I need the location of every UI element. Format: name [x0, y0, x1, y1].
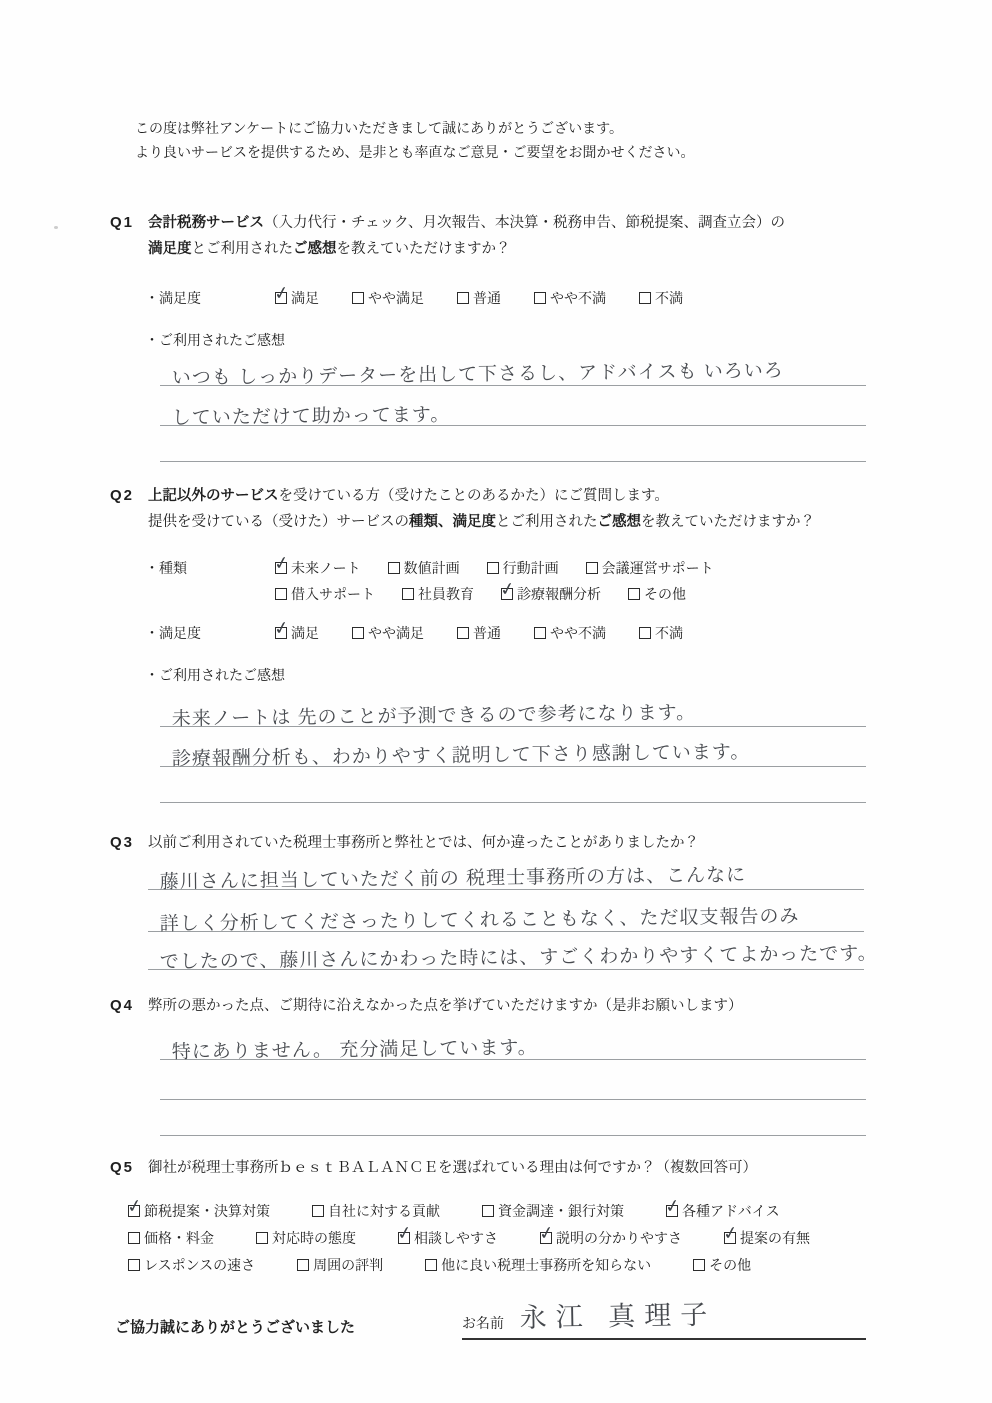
q2-opt-shain-kyouiku: 社員教育	[402, 584, 474, 604]
q1-title-rest: （入力代行・チェック、月次報告、本決算・税務申告、節税提案、調査立会）の	[264, 215, 785, 231]
checkbox	[297, 1259, 309, 1271]
q2-opt-futsuu: 普通	[457, 623, 501, 643]
question-2-title: 上記以外のサービスを受けている方（受けたことのあるかた）にご質問します。 提供を…	[148, 483, 920, 535]
question-5-number: Q5	[110, 1155, 148, 1181]
checkbox	[586, 562, 598, 574]
q2-opt-manzoku: 満足	[275, 623, 319, 643]
q5-opt-taiou-taido: 対応時の態度	[256, 1228, 356, 1248]
checkbox	[693, 1259, 705, 1271]
checkbox	[628, 588, 640, 600]
handwritten-text: 診療報酬分析も、わかりやすく説明して下さり感謝しています。	[172, 737, 751, 771]
q2-type-row-1: ・種類 未来ノート 数値計画 行動計画 会議運営サポート	[110, 555, 920, 581]
question-2-header: Q2 上記以外のサービスを受けている方（受けたことのあるかた）にご質問します。 …	[110, 483, 920, 535]
q2-opt-shain-kyouiku-label: 社員教育	[418, 584, 474, 604]
handwritten-text: でしたので、藤川さんにかわった時には、すごくわかりやすくてよかったです。	[160, 938, 878, 974]
handwritten-text: 未来ノートは 先のことが予測できるので参考になります。	[172, 698, 696, 731]
q5-opt-jisha-kouken-label: 自社に対する貢献	[328, 1201, 440, 1221]
q1-title-bold2: 満足度	[148, 241, 192, 257]
q2-opt-shinryou-houshuu-bunseki: 診療報酬分析	[501, 584, 601, 604]
q1-title-bold: 会計税務サービス	[148, 215, 264, 231]
checkbox	[312, 1205, 324, 1217]
question-1-title: 会計税務サービス（入力代行・チェック、月次報告、本決算・税務申告、節税提案、調査…	[148, 210, 920, 262]
q2-title-bold2: 種類、満足度	[409, 514, 496, 530]
question-5: Q5 御社が税理士事務所ｂｅｓｔＢＡＬＡＮＣＥを選ばれている理由は何ですか？（複…	[110, 1155, 920, 1282]
checkbox	[128, 1232, 140, 1244]
checkbox	[256, 1232, 268, 1244]
q5-opt-shuui-hyouban: 周囲の評判	[297, 1255, 383, 1275]
checkbox	[275, 292, 287, 304]
q5-opt-kakushu-advice: 各種アドバイス	[666, 1201, 780, 1221]
q5-opt-kakaku-ryoukin: 価格・料金	[128, 1228, 214, 1248]
handwritten-text: 藤川さんに担当していただく前の 税理士事務所の方は、こんなに	[160, 860, 747, 894]
question-4-number: Q4	[110, 993, 148, 1019]
q1-opt-yaya-manzoku-label: やや満足	[368, 288, 424, 308]
thanks-message: ご協力誠にありがとうございました	[115, 1316, 355, 1337]
q5-opt-setsuzei-teian-label: 節税提案・決算対策	[144, 1201, 270, 1221]
q1-satisfaction-row: ・満足度 満足 やや満足 普通 やや不満 不満	[110, 288, 920, 308]
handwritten-text: 詳しく分析してくださったりしてくれることもなく、ただ収支報告のみ	[160, 901, 800, 936]
q5-opt-shuui-hyouban-label: 周囲の評判	[313, 1255, 383, 1275]
q5-opt-shikin-choutatsu: 資金調達・銀行対策	[482, 1201, 624, 1221]
intro-line-1: この度は弊社アンケートにご協力いただきまして誠にありがとうございます。	[135, 116, 694, 140]
q2-type-label: ・種類	[145, 558, 275, 578]
q5-opt-taiou-taido-label: 対応時の態度	[272, 1228, 356, 1248]
checkbox	[639, 292, 651, 304]
q5-opt-hoka-jimusho-shiranai-label: 他に良い税理士事務所を知らない	[441, 1255, 651, 1275]
q2-title-rest: を受けている方（受けたことのあるかた）にご質問します。	[279, 488, 669, 504]
handwritten-name: 永江 真理子	[519, 1293, 716, 1335]
q5-opt-sonota: その他	[693, 1255, 751, 1275]
q2-opt-kariire-support-label: 借入サポート	[291, 584, 375, 604]
q1-opt-yaya-manzoku: やや満足	[352, 288, 424, 308]
checkbox	[388, 562, 400, 574]
name-label: お名前	[462, 1313, 504, 1335]
q3-answer-area: 藤川さんに担当していただく前の 税理士事務所の方は、こんなに 詳しく分析してくだ…	[148, 862, 864, 970]
checkbox	[275, 627, 287, 639]
checkbox	[352, 292, 364, 304]
question-1-number: Q1	[110, 210, 148, 262]
q5-opt-kakaku-ryoukin-label: 価格・料金	[144, 1228, 214, 1248]
q5-opt-response-hayasa: レスポンスの速さ	[128, 1255, 255, 1275]
question-4-header: Q4 弊所の悪かった点、ご期待に沿えなかった点を挙げていただけますか（是非お願い…	[110, 993, 920, 1019]
q2-satisfaction-row: ・満足度 満足 やや満足 普通 やや不満 不満	[110, 623, 920, 643]
q1-title-mid: とご利用された	[192, 241, 294, 257]
q2-opt-yaya-fuman-label: やや不満	[550, 623, 606, 643]
survey-scan-page: この度は弊社アンケートにご協力いただきまして誠にありがとうございます。 より良い…	[0, 0, 992, 1403]
q2-title-bold3: ご感想	[598, 514, 642, 530]
checkbox	[501, 588, 513, 600]
q1-title-bold3: ご感想	[293, 241, 337, 257]
answer-line	[160, 426, 866, 462]
checkbox	[534, 292, 546, 304]
scan-artifact-dot	[54, 226, 58, 229]
question-2: Q2 上記以外のサービスを受けている方（受けたことのあるかた）にご質問します。 …	[110, 483, 920, 803]
checkbox	[639, 627, 651, 639]
q1-opt-yaya-fuman-label: やや不満	[550, 288, 606, 308]
q2-opt-mirai-note: 未来ノート	[275, 558, 361, 578]
q1-comment-label: ・ご利用されたご感想	[110, 330, 920, 350]
question-1-header: Q1 会計税務サービス（入力代行・チェック、月次報告、本決算・税務申告、節税提案…	[110, 210, 920, 262]
q5-reason-options: 節税提案・決算対策 自社に対する貢献 資金調達・銀行対策 各種アドバイス 価格・…	[110, 1201, 920, 1275]
q5-row-2: 価格・料金 対応時の態度 相談しやすさ 説明の分かりやすさ 提案の有無	[110, 1228, 920, 1248]
checkbox	[487, 562, 499, 574]
checkbox	[398, 1232, 410, 1244]
q5-opt-soudan-shiyasusa-label: 相談しやすさ	[414, 1228, 498, 1248]
checkbox	[724, 1232, 736, 1244]
answer-line: いつも しっかりデーターを出して下さるし、アドバイスも いろいろ	[160, 350, 866, 386]
q2-opt-suuchi-keikaku: 数値計画	[388, 558, 460, 578]
q2-type-row-2: 借入サポート 社員教育 診療報酬分析 その他	[110, 581, 920, 607]
answer-line: 藤川さんに担当していただく前の 税理士事務所の方は、こんなに	[148, 862, 864, 890]
intro-text: この度は弊社アンケートにご協力いただきまして誠にありがとうございます。 より良い…	[135, 116, 694, 164]
q2-comment-label: ・ご利用されたご感想	[110, 665, 920, 685]
checkbox	[128, 1205, 140, 1217]
q1-opt-futsuu: 普通	[457, 288, 501, 308]
q2-title-bold: 上記以外のサービス	[148, 488, 279, 504]
q5-opt-kakushu-advice-label: 各種アドバイス	[682, 1201, 780, 1221]
checkbox	[666, 1205, 678, 1217]
q1-title-rest2: を教えていただけますか？	[337, 241, 511, 257]
q2-opt-kaigi-unei-support-label: 会議運営サポート	[602, 558, 714, 578]
q2-title-mid2: とご利用された	[496, 514, 598, 530]
question-3-number: Q3	[110, 830, 148, 856]
checkbox	[352, 627, 364, 639]
intro-line-2: より良いサービスを提供するため、是非とも率直なご意見・ご要望をお聞かせください。	[135, 140, 694, 164]
question-4: Q4 弊所の悪かった点、ご期待に沿えなかった点を挙げていただけますか（是非お願い…	[110, 993, 920, 1136]
checkbox	[275, 588, 287, 600]
answer-line	[160, 767, 866, 803]
q5-opt-setsuzei-teian: 節税提案・決算対策	[128, 1201, 270, 1221]
q2-opt-futsuu-label: 普通	[473, 623, 501, 643]
q2-title-pre2: 提供を受けている（受けた）サービスの	[148, 514, 409, 530]
checkbox	[128, 1259, 140, 1271]
q2-opt-yaya-manzoku-label: やや満足	[368, 623, 424, 643]
answer-line: 特にありません。 充分満足しています。	[160, 1026, 866, 1060]
question-5-title: 御社が税理士事務所ｂｅｓｔＢＡＬＡＮＣＥを選ばれている理由は何ですか？（複数回答…	[148, 1155, 920, 1181]
q5-opt-sonota-label: その他	[709, 1255, 751, 1275]
q2-satisfaction-label: ・満足度	[145, 623, 275, 643]
q5-opt-hoka-jimusho-shiranai: 他に良い税理士事務所を知らない	[425, 1255, 651, 1275]
q5-opt-shikin-choutatsu-label: 資金調達・銀行対策	[498, 1201, 624, 1221]
question-4-title: 弊所の悪かった点、ご期待に沿えなかった点を挙げていただけますか（是非お願いします…	[148, 993, 920, 1019]
q2-opt-koudou-keikaku: 行動計画	[487, 558, 559, 578]
answer-line	[160, 1100, 866, 1136]
checkbox	[457, 627, 469, 639]
q1-answer-area: いつも しっかりデーターを出して下さるし、アドバイスも いろいろ していただけて…	[160, 350, 866, 462]
q1-satisfaction-label: ・満足度	[145, 288, 275, 308]
q5-row-3: レスポンスの速さ 周囲の評判 他に良い税理士事務所を知らない その他	[110, 1255, 920, 1275]
checkbox	[275, 562, 287, 574]
q2-answer-area: 未来ノートは 先のことが予測できるので参考になります。 診療報酬分析も、わかりや…	[160, 691, 866, 803]
name-field: お名前 永江 真理子	[462, 1292, 866, 1340]
answer-line: 未来ノートは 先のことが予測できるので参考になります。	[160, 691, 866, 727]
checkbox	[457, 292, 469, 304]
q5-opt-setsumei-wakariyasusa: 説明の分かりやすさ	[540, 1228, 682, 1248]
answer-line	[160, 1060, 866, 1100]
q2-opt-yaya-manzoku: やや満足	[352, 623, 424, 643]
q5-opt-response-hayasa-label: レスポンスの速さ	[144, 1255, 255, 1275]
answer-line: していただけて助かってます。	[160, 386, 866, 426]
q5-row-1: 節税提案・決算対策 自社に対する貢献 資金調達・銀行対策 各種アドバイス	[110, 1201, 920, 1221]
q2-opt-manzoku-label: 満足	[291, 623, 319, 643]
q2-opt-fuman: 不満	[639, 623, 683, 643]
question-1: Q1 会計税務サービス（入力代行・チェック、月次報告、本決算・税務申告、節税提案…	[110, 210, 920, 462]
q2-opt-sonota-label: その他	[644, 584, 686, 604]
q1-opt-manzoku: 満足	[275, 288, 319, 308]
handwritten-text: いつも しっかりデーターを出して下さるし、アドバイスも いろいろ	[172, 356, 784, 390]
checkbox	[482, 1205, 494, 1217]
checkbox	[402, 588, 414, 600]
q4-answer-area: 特にありません。 充分満足しています。	[160, 1026, 866, 1136]
question-3: Q3 以前ご利用されていた税理士事務所と弊社とでは、何か違ったことがありましたか…	[110, 830, 920, 970]
q1-opt-yaya-fuman: やや不満	[534, 288, 606, 308]
q2-opt-suuchi-keikaku-label: 数値計画	[404, 558, 460, 578]
q2-opt-yaya-fuman: やや不満	[534, 623, 606, 643]
q1-opt-fuman: 不満	[639, 288, 683, 308]
answer-line: でしたので、藤川さんにかわった時には、すごくわかりやすくてよかったです。	[148, 932, 864, 970]
q5-opt-teian-umu: 提案の有無	[724, 1228, 810, 1248]
footer: ご協力誠にありがとうございました お名前 永江 真理子	[110, 1308, 910, 1378]
question-5-header: Q5 御社が税理士事務所ｂｅｓｔＢＡＬＡＮＣＥを選ばれている理由は何ですか？（複…	[110, 1155, 920, 1181]
q2-opt-sonota: その他	[628, 584, 686, 604]
q2-title-rest2: を教えていただけますか？	[641, 514, 815, 530]
q5-opt-teian-umu-label: 提案の有無	[740, 1228, 810, 1248]
checkbox	[540, 1232, 552, 1244]
checkbox	[534, 627, 546, 639]
q5-opt-jisha-kouken: 自社に対する貢献	[312, 1201, 440, 1221]
question-3-header: Q3 以前ご利用されていた税理士事務所と弊社とでは、何か違ったことがありましたか…	[110, 830, 920, 856]
q2-opt-koudou-keikaku-label: 行動計画	[503, 558, 559, 578]
q2-opt-fuman-label: 不満	[655, 623, 683, 643]
q2-opt-kariire-support: 借入サポート	[275, 584, 375, 604]
q5-opt-setsumei-wakariyasusa-label: 説明の分かりやすさ	[556, 1228, 682, 1248]
q5-opt-soudan-shiyasusa: 相談しやすさ	[398, 1228, 498, 1248]
q2-opt-kaigi-unei-support: 会議運営サポート	[586, 558, 714, 578]
q1-opt-futsuu-label: 普通	[473, 288, 501, 308]
q2-opt-mirai-note-label: 未来ノート	[291, 558, 361, 578]
checkbox	[425, 1259, 437, 1271]
answer-line: 詳しく分析してくださったりしてくれることもなく、ただ収支報告のみ	[148, 890, 864, 932]
q1-opt-fuman-label: 不満	[655, 288, 683, 308]
q1-opt-manzoku-label: 満足	[291, 288, 319, 308]
question-2-number: Q2	[110, 483, 148, 535]
question-3-title: 以前ご利用されていた税理士事務所と弊社とでは、何か違ったことがありましたか？	[148, 830, 920, 856]
q2-opt-shinryou-houshuu-bunseki-label: 診療報酬分析	[517, 584, 601, 604]
answer-line: 診療報酬分析も、わかりやすく説明して下さり感謝しています。	[160, 727, 866, 767]
